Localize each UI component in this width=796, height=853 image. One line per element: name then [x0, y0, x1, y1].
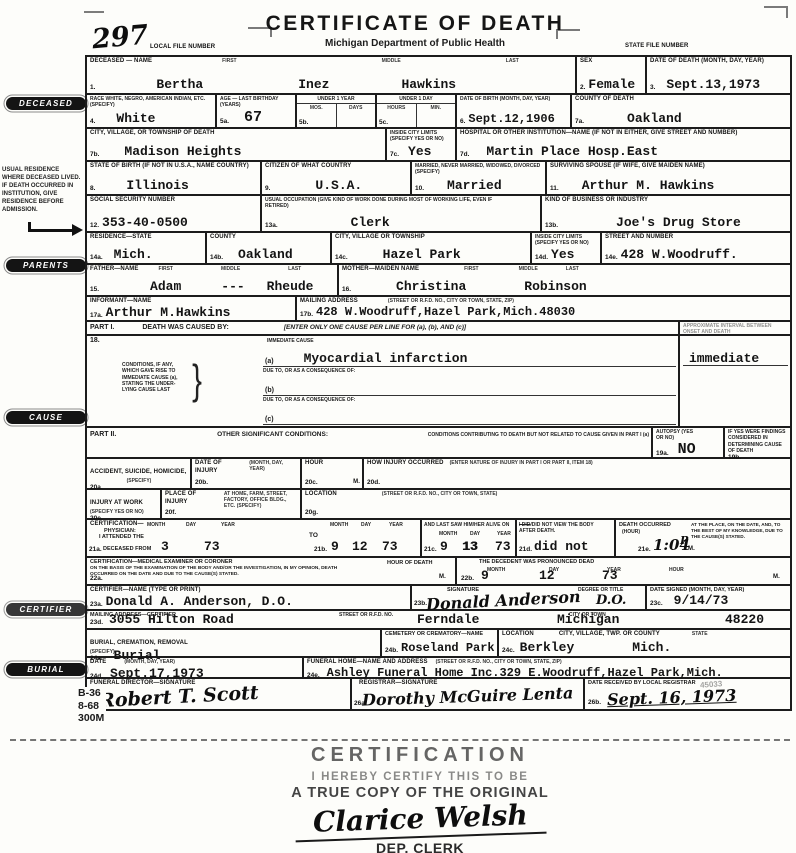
race-value: White [116, 112, 155, 125]
item-number: 23a. [90, 601, 103, 608]
meridiem-label: M. [688, 546, 695, 554]
place-injury-sublabel: AT HOME, FARM, STREET, FACTORY, OFFICE B… [224, 491, 298, 509]
form-code-line: B-36 [78, 687, 104, 700]
item-number: 14b. [210, 254, 223, 261]
local-file-number-label: LOCAL FILE NUMBER [150, 44, 215, 52]
pronounced-month: 9 [481, 569, 489, 582]
item-number: 2. [580, 84, 585, 91]
conditions-note: CONDITIONS, IF ANY, WHICH GAVE RISE TO I… [122, 362, 188, 393]
location-sublabel: (STREET OR R.F.D. NO., CITY OR TOWN, STA… [382, 491, 497, 499]
last-saw-month: 9 [440, 540, 448, 553]
street-col-label: STREET OR R.F.D. NO. [339, 612, 393, 618]
certifier-street-value: 3055 Hilton Road [109, 613, 234, 626]
burial-location-label: LOCATION [502, 631, 534, 639]
ssn-value: 353-40-0500 [102, 216, 188, 229]
field-label: DATE OF BIRTH (MONTH, DAY, YEAR) [460, 96, 568, 102]
item-number: 13a. [265, 222, 278, 229]
residence-icl-value: Yes [551, 248, 574, 261]
residence-state-value: Mich. [114, 248, 153, 261]
field-label: SURVIVING SPOUSE (IF WIFE, GIVE MAIDEN N… [550, 163, 788, 171]
item-number: 8. [90, 185, 95, 192]
field-label: MARRIED, NEVER MARRIED, WIDOWED, DIVORCE… [415, 163, 543, 176]
date-of-birth-value: Sept.12,1906 [468, 113, 554, 125]
father-middle-name: --- [221, 280, 244, 293]
part1-note: [ENTER ONLY ONE CAUSE PER LINE FOR (a), … [284, 324, 466, 331]
burial-city-value: Berkley [520, 641, 575, 654]
residence-margin-note: USUAL RESIDENCE WHERE DECEASED LIVED. IF… [2, 166, 82, 215]
marital-status-value: Married [447, 179, 502, 192]
examiner-text: ON THE BASIS OF THE EXAMINATION OF THE B… [90, 566, 358, 578]
row-parents: FATHER—NAME FIRST MIDDLE LAST 15. Adam -… [87, 265, 790, 297]
item-number: 12. [90, 222, 99, 229]
business-value: Joe's Drug Store [616, 216, 741, 229]
cell-divider [614, 520, 616, 556]
date-received-value: Sept. 16, 1973 [607, 686, 737, 710]
certifier-state-value: Michigan [557, 613, 619, 626]
row-injury-2: INJURY AT WORK(SPECIFY YES OR NO) 20e. P… [87, 490, 790, 520]
year-label: YEAR [389, 522, 403, 528]
attest-text: AT THE PLACE, ON THE DATE, AND, TO THE B… [691, 522, 788, 540]
last-saw-year: 73 [495, 540, 511, 553]
page-title: CERTIFICATE OF DEATH [230, 12, 600, 36]
last-saw-day: 13 [462, 540, 478, 553]
certificate-form: DECEASED — NAME FIRST MIDDLE LAST 1. Ber… [85, 55, 792, 711]
item-number: 14c. [335, 254, 348, 261]
injury-work-label: INJURY AT WORK [90, 500, 143, 506]
tab-cause: CAUSE [6, 411, 86, 424]
burial-state-col: STATE [692, 631, 708, 639]
item-number: 23d. [90, 619, 103, 626]
item-number: 10. [415, 185, 424, 192]
surviving-spouse-value: Arthur M. Hawkins [582, 179, 715, 192]
cell-divider [455, 558, 457, 584]
line-c-tag: (c) [265, 416, 274, 423]
part2-note: CONDITIONS CONTRIBUTING TO DEATH BUT NOT… [428, 432, 649, 438]
item-number: 19a. [656, 450, 669, 457]
burial-type-label: BURIAL, CREMATION, REMOVAL [90, 640, 188, 646]
item-number: 17a. [90, 312, 103, 319]
part2-title: OTHER SIGNIFICANT CONDITIONS: [217, 431, 328, 438]
item-number: 22b. [461, 575, 474, 582]
row-part1-body: 18. CONDITIONS, IF ANY, WHICH GAVE RISE … [87, 336, 790, 428]
residence-city-value: Hazel Park [383, 248, 461, 261]
item-number: 1. [90, 84, 95, 91]
item-number: 24b. [385, 647, 398, 654]
part1-title: DEATH WAS CAUSED BY: [142, 324, 228, 331]
item-number: 21a. [89, 546, 102, 553]
col-label: LAST [506, 58, 519, 66]
accident-label: ACCIDENT, SUICIDE, HOMICIDE, [90, 469, 186, 475]
findings-label: IF YES WERE FINDINGS CONSIDERED IN DETER… [728, 429, 788, 454]
certification-stamp: CERTIFICATION I HEREBY CERTIFY THIS TO B… [250, 744, 590, 853]
item-number: 20d. [367, 479, 785, 486]
item-number: 14e. [605, 254, 618, 261]
field-label: COUNTY [210, 234, 328, 242]
immediate-cause-label: IMMEDIATE CAUSE [267, 338, 676, 344]
pronounced-year: 73 [602, 569, 618, 582]
col-label: MIN. [419, 105, 454, 111]
item-number: 13b. [545, 222, 558, 229]
attended-to-year: 73 [382, 540, 398, 553]
deceased-from-label: DECEASED FROM [103, 546, 151, 553]
field-label: UNDER 1 YEAR [297, 95, 375, 104]
date-received-label: DATE RECEIVED BY LOCAL REGISTRAR [588, 680, 696, 687]
row-signatures: FUNERAL DIRECTOR—SIGNATURE Robert T. Sco… [87, 679, 790, 709]
funeral-home-value: Ashley Funeral Home Inc.329 E.Woodruff,H… [327, 667, 723, 679]
item-number: 24c. [502, 647, 515, 654]
col-label: LAST [566, 266, 579, 274]
item-number: 5b. [299, 119, 331, 126]
certifier-name-value: Donald A. Anderson, D.O. [106, 595, 293, 608]
col-label: FIRST [159, 266, 173, 274]
field-label: STATE OF BIRTH (IF NOT IN U.S.A., NAME C… [90, 163, 258, 171]
how-injury-label: HOW INJURY OCCURRED [367, 460, 444, 468]
father-first-name: Adam [150, 280, 181, 293]
hospital-value: Martin Place Hosp.East [486, 145, 658, 158]
tab-parents: PARENTS [6, 259, 86, 272]
item-number: 22a. [90, 575, 103, 582]
margin-arrow [28, 222, 84, 236]
field-label: RACE WHITE, NEGRO, AMERICAN INDIAN, ETC.… [90, 96, 213, 109]
item-number: 24e. [307, 672, 320, 679]
item-number: 20g. [305, 509, 785, 516]
father-last-name: Rheude [267, 280, 314, 293]
item-number: 26a. [354, 700, 367, 707]
month-label: MONTH [330, 522, 348, 528]
burial-date-value: Sept.17,1973 [110, 667, 204, 680]
cause-of-death-value: Myocardial infarction [304, 352, 468, 365]
field-label: USUAL OCCUPATION (GIVE KIND OF WORK DONE… [265, 197, 495, 210]
day-label: DAY [361, 522, 371, 528]
death-certificate-scan: 297 LOCAL FILE NUMBER CERTIFICATE OF DEA… [0, 0, 796, 853]
month-label: MONTH [439, 531, 457, 537]
viewed-body-value: did not [534, 540, 589, 553]
form-code-line: 8-68 [78, 700, 104, 713]
item-number: 21d. [519, 546, 532, 553]
row-place-of-death: CITY, VILLAGE, OR TOWNSHIP OF DEATH 7b.M… [87, 129, 790, 162]
tab-burial: BURIAL [6, 663, 86, 676]
sex-value: Female [588, 78, 635, 91]
deceased-first-name: Bertha [156, 78, 203, 91]
item-number: 7c. [390, 151, 399, 158]
stamp-title: CERTIFICATION [250, 744, 590, 767]
row-race-age: RACE WHITE, NEGRO, AMERICAN INDIAN, ETC.… [87, 95, 790, 129]
item-number: 15. [90, 286, 99, 293]
item-number: 5a. [220, 118, 229, 125]
month-label: MONTH [147, 522, 165, 528]
deceased-last-name: Hawkins [401, 78, 456, 91]
field-sublabel: (STREET OR R.F.D. NO., CITY OR TOWN, STA… [388, 298, 514, 304]
item-number: 20c. [305, 479, 318, 486]
how-injury-sublabel: (ENTER NATURE OF INJURY IN PART I OR PAR… [450, 460, 593, 468]
deceased-middle-name: Inez [298, 78, 329, 91]
col-label: MOS. [299, 105, 334, 111]
line-b-tag: (b) [265, 387, 274, 394]
crop-mark [764, 6, 788, 18]
clerk-signature: Clarice Welsh [294, 798, 546, 843]
row-informant: INFORMANT—NAME 17a.Arthur M.Hawkins MAIL… [87, 297, 790, 322]
col-label: MIDDLE [382, 58, 401, 66]
field-label: AGE — LAST BIRTHDAY (YEARS) [220, 96, 293, 109]
mother-first-name: Christina [396, 280, 466, 293]
death-occurred-hour-label: (HOUR) [622, 529, 640, 535]
col-label: DAYS [339, 105, 374, 111]
field-label: STREET AND NUMBER [605, 234, 788, 242]
item-number: 14d. [535, 254, 548, 261]
location-label: LOCATION [305, 491, 337, 499]
item-number: 20f. [165, 509, 295, 516]
row-physician-certification: CERTIFICATION— PHYSICIAN: I ATTENDED THE… [87, 520, 790, 558]
field-label: FATHER—NAME [90, 266, 139, 274]
row-residence: RESIDENCE—STATE 14a.Mich. COUNTY 14b.Oak… [87, 233, 790, 265]
injury-date-label: DATE OF INJURY [195, 460, 244, 475]
item-number: 21c. [424, 546, 437, 553]
field-label: KIND OF BUSINESS OR INDUSTRY [545, 197, 788, 205]
item-number: 9. [265, 185, 270, 192]
attended-to-day: 12 [352, 540, 368, 553]
field-label: INSIDE CITY LIMITS (SPECIFY YES OR NO) [390, 130, 453, 143]
pronounced-dead-label: THE DECEDENT WAS PRONOUNCED DEAD [479, 559, 594, 566]
day-label: DAY [470, 531, 480, 537]
tear-line [10, 739, 790, 741]
page-subtitle: Michigan Department of Public Health [280, 38, 550, 49]
col-label: MIDDLE [519, 266, 538, 274]
local-file-number-value: 297 [91, 20, 150, 56]
certifier-zip-value: 48220 [725, 613, 764, 626]
item-number: 4. [90, 118, 95, 125]
citizen-value: U.S.A. [315, 179, 362, 192]
tab-deceased: DECEASED [6, 97, 86, 110]
cemetery-value: Roseland Park [401, 642, 495, 654]
autopsy-label: AUTOPSY (YES OR NO) [656, 429, 696, 442]
col-label: FIRST [222, 58, 236, 66]
age-value: 67 [244, 110, 262, 125]
meridiem-label: M. [773, 574, 780, 582]
form-code-line: 300M [78, 712, 104, 725]
degree-value: D.O. [596, 593, 626, 608]
brace: } [192, 356, 202, 404]
county-of-death-value: Oakland [627, 112, 682, 125]
field-label: SOCIAL SECURITY NUMBER [90, 197, 258, 205]
attended-from-month: 3 [161, 540, 169, 553]
last-saw-alive-label: AND LAST SAW HIM/HER ALIVE ON [424, 522, 516, 528]
item-number: 18. [90, 337, 237, 344]
field-label: COUNTY OF DEATH [575, 96, 788, 104]
cemetery-label: CEMETERY OR CREMATORY—NAME [385, 631, 495, 638]
field-label: CITIZEN OF WHAT COUNTRY [265, 163, 408, 171]
col-label: LAST [288, 266, 301, 274]
row-part2: PART II. OTHER SIGNIFICANT CONDITIONS: C… [87, 428, 790, 459]
row-funeral-home: DATE(MONTH, DAY, YEAR) 24d.Sept.17,1973 … [87, 658, 790, 679]
part1-label: PART I. [90, 324, 114, 331]
day-label: DAY [186, 522, 196, 528]
year-label: YEAR [221, 522, 235, 528]
row-examiner-certification: CERTIFICATION—MEDICAL EXAMINER OR CORONE… [87, 558, 790, 586]
field-label: HOSPITAL OR OTHER INSTITUTION—NAME (IF N… [460, 130, 788, 138]
col-label: HOURS [379, 105, 414, 111]
item-number: 17b. [300, 311, 313, 318]
item-number: 26b. [588, 699, 601, 706]
place-injury-label: PLACE OF INJURY [165, 491, 220, 509]
year-label: YEAR [497, 531, 511, 537]
row-certifier: CERTIFIER—NAME (TYPE OR PRINT) 23a.Donal… [87, 586, 790, 611]
burial-location-cols: CITY, VILLAGE, TWP. OR COUNTY [559, 631, 660, 639]
autopsy-value: NO [678, 442, 696, 457]
month-label: MONTH [487, 567, 505, 573]
residence-county-value: Oakland [238, 248, 293, 261]
part2-label: PART II. [90, 431, 116, 438]
row-certifier-address: MAILING ADDRESS—CERTIFIER 23d. 3055 Hilt… [87, 611, 790, 630]
view-body-label-rest: /DID NOT VIEW THE BODY AFTER DEATH. [519, 522, 594, 534]
occupation-value: Clerk [351, 216, 390, 229]
col-label: MIDDLE [221, 266, 240, 274]
injury-hour-label: HOUR [305, 460, 360, 468]
field-label: SEX [580, 58, 643, 66]
row-deceased-name: DECEASED — NAME FIRST MIDDLE LAST 1. Ber… [87, 57, 790, 95]
row-injury-1: ACCIDENT, SUICIDE, HOMICIDE, (SPECIFY) 2… [87, 459, 790, 490]
view-body-label: I DID/DID NOT VIEW THE BODY AFTER DEATH. [519, 522, 611, 535]
certifier-city-value: Ferndale [417, 613, 479, 626]
view-body-label-struck: I DID [519, 522, 530, 528]
attended-label: I ATTENDED THE [99, 534, 144, 541]
city-of-death-value: Madison Heights [124, 145, 241, 158]
item-number: 21e. [638, 546, 651, 553]
examiner-label: CERTIFICATION—MEDICAL EXAMINER OR CORONE… [90, 559, 233, 566]
death-occurred-label: DEATH OCCURRED [619, 522, 671, 529]
state-file-number-label: STATE FILE NUMBER [625, 43, 688, 51]
field-label: MOTHER—MAIDEN NAME [342, 266, 419, 274]
field-label: UNDER 1 DAY [377, 95, 455, 104]
informant-value: Arthur M.Hawkins [106, 306, 231, 319]
row-part1-header: PART I. DEATH WAS CAUSED BY: [ENTER ONLY… [87, 322, 790, 336]
item-number: 7b. [90, 151, 99, 158]
date-of-death-value: Sept.13,1973 [666, 78, 760, 91]
item-number: 5c. [379, 119, 411, 126]
meridiem-label: M. [353, 479, 360, 487]
stamp-line2: I HEREBY CERTIFY THIS TO BE [250, 771, 590, 783]
attended-to-month: 9 [331, 540, 339, 553]
item-number: 3. [650, 84, 655, 91]
field-label: INSIDE CITY LIMITS (SPECIFY YES OR NO) [535, 234, 598, 247]
hour-of-death-label: HOUR OF DEATH [387, 560, 432, 567]
tab-certifier: CERTIFIER [6, 603, 86, 616]
to-label: TO [309, 532, 318, 539]
item-number: 20b. [195, 479, 295, 486]
row-burial: BURIAL, CREMATION, REMOVAL(SPECIFY) 24a.… [87, 630, 790, 658]
item-number: 11. [550, 185, 559, 192]
row-birth-citizen-marital: STATE OF BIRTH (IF NOT IN U.S.A., NAME C… [87, 162, 790, 196]
field-label: CITY, VILLAGE OR TOWNSHIP [335, 234, 528, 242]
field-label: DATE OF DEATH (MONTH, DAY, YEAR) [650, 58, 788, 66]
crop-mark [84, 11, 104, 13]
form-code: B-36 8-68 300M [76, 687, 106, 725]
injury-date-sublabel: (MONTH, DAY, YEAR) [249, 460, 298, 475]
item-number: 21b. [314, 546, 327, 553]
item-number: 16. [342, 286, 351, 293]
informant-mailing-address: 428 W.Woodruff,Hazel Park,Mich.48030 [316, 306, 575, 318]
due-to-label: DUE TO, OR AS A CONSEQUENCE OF: [263, 368, 676, 374]
cell-divider [420, 520, 422, 556]
item-number: 7a. [575, 118, 584, 125]
mother-last-name: Robinson [524, 280, 586, 293]
line-a-tag: (a) [265, 358, 274, 365]
burial-date-label: DATE [90, 659, 106, 667]
interval-value: immediate [689, 352, 759, 365]
date-signed-value: 9/14/73 [674, 594, 729, 607]
inside-city-limits-value: Yes [408, 145, 431, 158]
item-number: 23c. [650, 600, 663, 607]
street-number-value: 428 W.Woodruff. [621, 248, 738, 261]
col-label: FIRST [464, 266, 478, 274]
field-label: RESIDENCE—STATE [90, 234, 203, 242]
item-number: 6. [460, 118, 465, 125]
interval-label: APPROXIMATE INTERVAL BETWEEN ONSET AND D… [683, 323, 788, 336]
field-label: DECEASED — NAME [90, 58, 152, 66]
item-number: 14a. [90, 254, 103, 261]
state-of-birth-value: Illinois [126, 179, 188, 192]
attended-from-year: 73 [204, 540, 220, 553]
due-to-label: DUE TO, OR AS A CONSEQUENCE OF: [263, 397, 676, 403]
burial-state-value: Mich. [632, 641, 671, 654]
hour-label: HOUR [669, 567, 684, 573]
item-number: 7d. [460, 151, 469, 158]
field-label: CITY, VILLAGE, OR TOWNSHIP OF DEATH [90, 130, 383, 138]
row-ssn-occupation: SOCIAL SECURITY NUMBER 12.353-40-0500 US… [87, 196, 790, 233]
meridiem-label: M. [439, 574, 446, 582]
pronounced-day: 12 [539, 569, 555, 582]
